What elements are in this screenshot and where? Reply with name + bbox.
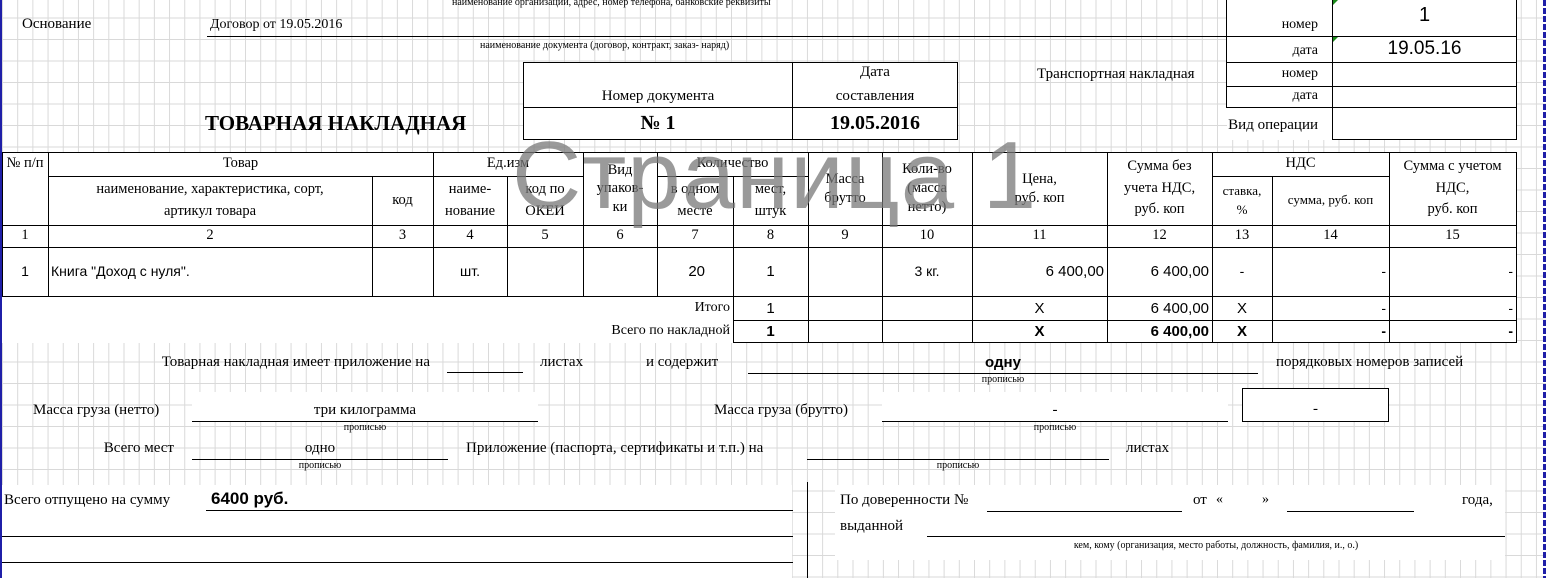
total-sum-with-vat: -	[1389, 321, 1516, 342]
net-mass-label: Масса груза (нетто)	[33, 402, 159, 419]
appendix-caption: прописью	[807, 460, 1109, 471]
contains-caption: прописью	[748, 374, 1258, 385]
net-mass-value[interactable]: три килограмма	[192, 402, 538, 419]
header-num: № п/п	[2, 152, 48, 176]
places-caption: прописью	[192, 460, 448, 471]
row-qty-per-place[interactable]: 20	[657, 247, 733, 296]
org-caption: наименование организации, адрес, номер т…	[452, 0, 771, 8]
subtotal-vat-sum: -	[1272, 297, 1389, 320]
header-qty-places: мест,штук	[733, 176, 808, 225]
header-unit: Ед.изм	[433, 152, 583, 176]
date-value[interactable]: 19.05.16	[1333, 38, 1516, 60]
appendix-label: Приложение (паспорта, сертификаты и т.п.…	[466, 440, 763, 457]
number-value[interactable]: 1	[1333, 4, 1516, 27]
col-number: 12	[1107, 225, 1212, 247]
net-mass-caption: прописью	[192, 422, 538, 433]
header-net: Коли-во(массанетто)	[882, 152, 972, 225]
contains-value[interactable]: одну	[748, 354, 1258, 371]
col-number: 15	[1389, 225, 1516, 247]
transport-label: Транспортная накладная	[1037, 66, 1195, 83]
col-number: 9	[808, 225, 882, 247]
gross-mass-value[interactable]: -	[882, 402, 1228, 419]
header-goods: Товар	[48, 152, 433, 176]
proxy-label: По доверенности №	[840, 492, 968, 509]
gross-mass-label: Масса груза (брутто)	[714, 402, 848, 419]
quote-open: «	[1216, 492, 1223, 508]
released-label: Всего отпущено на сумму	[4, 492, 170, 509]
contains-label: и содержит	[646, 354, 718, 371]
col-number: 13	[1212, 225, 1272, 247]
row-vat-rate[interactable]: -	[1212, 247, 1272, 296]
total-label: Всего по накладной	[500, 321, 733, 342]
header-vat-sum: сумма, руб. коп	[1272, 176, 1389, 225]
col-number: 14	[1272, 225, 1389, 247]
col-number: 7	[657, 225, 733, 247]
basis-underline	[207, 36, 1227, 37]
sheets-label: листах	[540, 354, 583, 371]
gross-mass-caption: прописью	[882, 422, 1228, 433]
doc-date-label-1: Дата	[793, 64, 957, 81]
col-number: 3	[372, 225, 433, 247]
row-sum-with-vat[interactable]: -	[1389, 247, 1516, 296]
row-price[interactable]: 6 400,00	[972, 247, 1107, 296]
header-unit-okei: код поОКЕИ	[507, 176, 583, 225]
row-places[interactable]: 1	[733, 247, 808, 296]
col-number: 10	[882, 225, 972, 247]
row-vat-sum[interactable]: -	[1272, 247, 1389, 296]
row-pack[interactable]	[583, 247, 657, 296]
quote-close: »	[1262, 492, 1269, 508]
places-label: Всего мест	[40, 440, 174, 457]
row-num: 1	[2, 247, 48, 296]
col-number: 1	[2, 225, 48, 247]
header-qty-per-place: в одномместе	[657, 176, 733, 225]
from-label: от	[1193, 492, 1207, 509]
col-number: 8	[733, 225, 808, 247]
appendix-sheets-label: листах	[1126, 440, 1169, 457]
row-net[interactable]: 3 кг.	[882, 247, 972, 296]
header-goods-name: наименование, характеристика, сорт,артик…	[48, 176, 372, 225]
doc-number-value[interactable]: № 1	[524, 112, 792, 135]
header-goods-code: код	[372, 176, 433, 225]
col-number: 4	[433, 225, 507, 247]
places-value[interactable]: одно	[192, 440, 448, 457]
basis-label: Основание	[22, 16, 91, 33]
subtotal-sum-no-vat: 6 400,00	[1107, 297, 1212, 320]
row-code[interactable]	[372, 247, 433, 296]
row-okei[interactable]	[507, 247, 583, 296]
records-label: порядковых номеров записей	[1276, 354, 1463, 371]
subtotal-vat-rate: X	[1212, 297, 1272, 320]
row-unit-name[interactable]: шт.	[433, 247, 507, 296]
attachment-label: Товарная накладная имеет приложение на	[100, 354, 430, 371]
header-vat: НДС	[1212, 152, 1389, 176]
date-label: дата	[1230, 43, 1318, 59]
released-value[interactable]: 6400 руб.	[211, 489, 288, 509]
subtotal-sum-with-vat: -	[1389, 297, 1516, 320]
col-number: 6	[583, 225, 657, 247]
subtotal-places: 1	[733, 297, 808, 320]
header-pack: Видупаков-ки	[583, 152, 657, 225]
gross-mass-box[interactable]: -	[1242, 388, 1389, 422]
header-qty: Количество	[657, 152, 808, 176]
header-gross: Массабрутто	[808, 152, 882, 225]
col-number: 2	[48, 225, 372, 247]
transport-number-label: номер	[1230, 66, 1318, 82]
total-places: 1	[733, 321, 808, 342]
header-sum-with-vat: Сумма с учетомНДС,руб. коп	[1389, 152, 1516, 225]
doc-date-value[interactable]: 19.05.2016	[793, 112, 957, 135]
header-price: Цена,руб. коп	[972, 152, 1107, 225]
issued-label: выданной	[840, 518, 903, 535]
total-sum-no-vat: 6 400,00	[1107, 321, 1212, 342]
col-number: 5	[507, 225, 583, 247]
total-vat-sum: -	[1272, 321, 1389, 342]
row-gross[interactable]	[808, 247, 882, 296]
col-number: 11	[972, 225, 1107, 247]
header-sum-no-vat: Сумма безучета НДС,руб. коп	[1107, 152, 1212, 225]
header-unit-name: наиме-нование	[433, 176, 507, 225]
header-vat-rate: ставка,%	[1212, 176, 1272, 225]
basis-caption: наименование документа (договор, контрак…	[480, 40, 729, 51]
operation-label: Вид операции	[1130, 117, 1318, 134]
row-name[interactable]: Книга "Доход с нуля".	[48, 247, 372, 296]
number-label: номер	[1230, 17, 1318, 33]
total-vat-rate: X	[1212, 321, 1272, 342]
document-title: ТОВАРНАЯ НАКЛАДНАЯ	[205, 111, 466, 136]
total-price: X	[972, 321, 1107, 342]
doc-number-label: Номер документа	[524, 88, 792, 105]
issued-caption: кем, кому (организация, место работы, до…	[927, 540, 1505, 551]
transport-date-label: дата	[1230, 88, 1318, 104]
subtotal-price: X	[972, 297, 1107, 320]
basis-value[interactable]: Договор от 19.05.2016	[210, 17, 342, 33]
year-label: года,	[1462, 492, 1493, 509]
row-sum-no-vat[interactable]: 6 400,00	[1107, 247, 1212, 296]
doc-date-label-2: составления	[793, 88, 957, 105]
subtotal-label: Итого	[500, 297, 733, 320]
